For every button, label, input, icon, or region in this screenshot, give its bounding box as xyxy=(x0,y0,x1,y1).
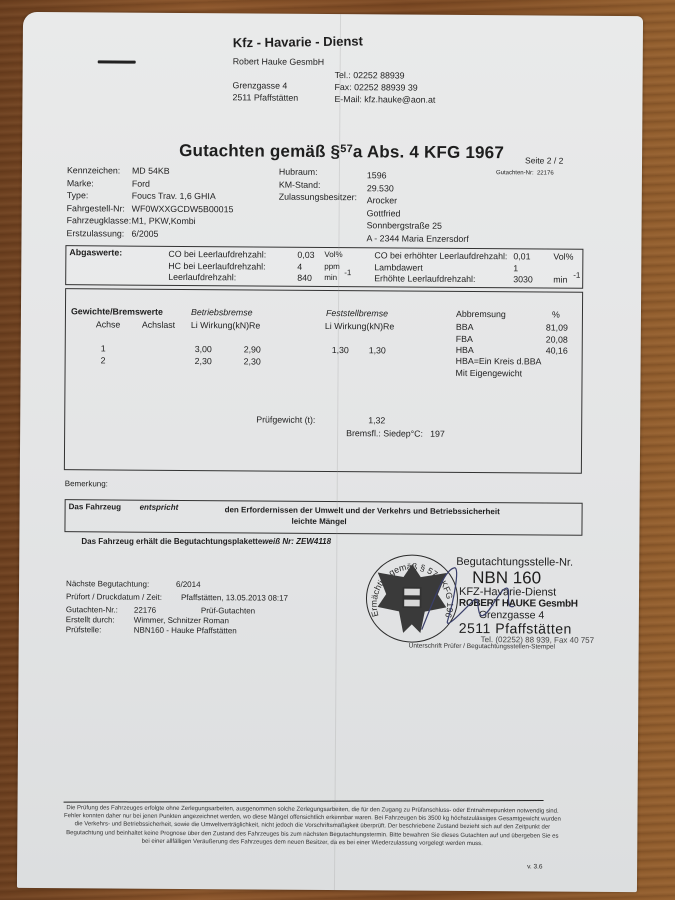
vehicle-field-value: Gottfried xyxy=(367,208,401,218)
emission-unit: min xyxy=(553,275,567,285)
vehicle-field-label: Marke: xyxy=(67,178,94,188)
emission-label: Lambdawert xyxy=(374,262,422,272)
vehicle-field-label: Fahrzeugklasse: xyxy=(67,215,132,225)
service-brake-right: 2,30 xyxy=(244,356,261,366)
emission-value: 0,01 xyxy=(513,251,530,261)
emission-value: 3030 xyxy=(513,274,533,284)
axle-number: 2 xyxy=(101,355,106,365)
service-brake-left: 2,30 xyxy=(195,356,212,366)
emission-unit: min xyxy=(324,273,337,282)
emission-label: HC bei Leerlaufdrehzahl: xyxy=(168,260,265,271)
parking-brake-heading: Feststellbremse xyxy=(326,308,388,318)
emission-value: 4 xyxy=(297,261,302,271)
vehicle-field-value: 1596 xyxy=(367,170,387,180)
parking-brake-right: 1,30 xyxy=(369,345,386,355)
service-brake-heading: Betriebsbremse xyxy=(191,307,253,317)
service-effect-heading: Li Wirkung(kN)Re xyxy=(191,320,260,330)
company-tel: Tel.: 02252 88939 xyxy=(335,70,405,80)
boiling-label: Bremsfl.: Siedep°C: xyxy=(346,428,423,439)
emission-value: 1 xyxy=(513,263,518,273)
result-defects: leichte Mängel xyxy=(291,517,346,526)
braking-value: 40,16 xyxy=(546,346,568,356)
vehicle-field-value: Arocker xyxy=(367,195,397,205)
emission-unit: Vol% xyxy=(324,250,342,259)
detail-label: Nächste Begutachtung: xyxy=(66,579,149,589)
plakette-number: weiß Nr: ZEW4118 xyxy=(262,537,331,546)
emission-unit: ppm xyxy=(324,261,340,270)
company-owner: Robert Hauke GesmbH xyxy=(233,56,325,67)
braking-name: FBA xyxy=(456,333,473,343)
vehicle-field-label: Kennzeichen: xyxy=(67,165,120,175)
test-weight-value: 1,32 xyxy=(368,415,385,425)
detail-value: Wimmer, Schnitzer Roman xyxy=(134,616,229,626)
service-brake-right: 2,90 xyxy=(244,344,261,354)
result-verdict: entspricht xyxy=(140,503,179,512)
emission-label: Erhöhte Leerlaufdrehzahl: xyxy=(374,273,475,284)
vehicle-field-label: Zulassungsbesitzer: xyxy=(279,192,357,203)
detail-label: Erstellt durch: xyxy=(66,615,115,624)
vehicle-field-value: MD 54KB xyxy=(132,166,170,176)
emission-unit-exp: -1 xyxy=(344,268,351,277)
company-fax: Fax: 02252 88939 39 xyxy=(335,82,418,93)
form-version: v. 3.6 xyxy=(527,863,542,870)
braking-name: BBA xyxy=(456,322,474,332)
boiling-value: 197 xyxy=(430,429,445,439)
page-number: Seite 2 / 2 xyxy=(525,155,563,165)
document-page: Kfz - Havarie - Dienst Robert Hauke Gesm… xyxy=(17,12,643,892)
vehicle-field-value: 6/2005 xyxy=(131,228,158,238)
vehicle-field-value: Ford xyxy=(132,178,150,188)
plakette-text: Das Fahrzeug erhält die Begutachtungspla… xyxy=(81,537,262,546)
axle-number: 1 xyxy=(101,343,106,353)
disclaimer-text: Die Prüfung des Fahrzeuges erfolgte ohne… xyxy=(62,804,562,849)
parking-brake-left: 1,30 xyxy=(332,345,349,355)
service-brake-left: 3,00 xyxy=(195,344,212,354)
vehicle-field-value: M1, PKW,Kombi xyxy=(132,216,196,226)
result-text: den Erfordernissen der Umwelt und der Ve… xyxy=(225,505,500,516)
company-name: Kfz - Havarie - Dienst xyxy=(233,33,363,50)
parking-effect-heading: Li Wirkung(kN)Re xyxy=(325,321,394,331)
company-email: E-Mail: kfz.hauke@aon.at xyxy=(334,94,435,105)
emission-label: Leerlaufdrehzahl: xyxy=(168,272,236,282)
detail-value: Pfaffstätten, 13.05.2013 08:17 xyxy=(181,593,288,603)
gutachten-nr-value: 22176 xyxy=(537,170,554,176)
gutachten-nr-label: Gutachten-Nr: xyxy=(496,170,534,176)
braking-heading: Abbremsung xyxy=(456,309,506,319)
emission-value: 840 xyxy=(297,273,312,283)
emissions-values: CO bei Leerlaufdrehzahl:0,03Vol%HC bei L… xyxy=(23,12,643,16)
vehicle-field-label: Fahrgestell-Nr: xyxy=(67,203,125,213)
detail-value: 6/2014 xyxy=(176,580,201,589)
weight-note: Mit Eigengewicht xyxy=(456,368,523,378)
detail-extra: Prüf-Gutachten xyxy=(201,606,255,615)
emission-value: 0,03 xyxy=(297,250,314,260)
gutachten-number-header: Gutachten-Nr: 22176 xyxy=(496,170,554,176)
axle-load-heading: Achslast xyxy=(142,320,175,330)
vehicle-field-value: Sonnbergstraße 25 xyxy=(367,220,442,231)
vehicle-field-label: Hubraum: xyxy=(279,167,318,177)
detail-label: Prüfstelle: xyxy=(66,625,102,634)
vehicle-field-value: Foucs Trav. 1,6 GHIA xyxy=(132,191,216,202)
vehicle-field-label: Type: xyxy=(67,190,89,200)
remark-label: Bemerkung: xyxy=(65,479,108,488)
emission-unit: Vol% xyxy=(553,252,573,262)
percent-heading: % xyxy=(552,310,560,320)
emission-label: CO bei erhöhter Leerlaufdrehzahl: xyxy=(374,250,507,261)
title-sup: 57 xyxy=(340,143,353,155)
axle-heading: Achse xyxy=(96,319,121,329)
vehicle-field-value: WF0WXXGCDW5B00015 xyxy=(132,203,234,214)
signature-icon xyxy=(414,560,535,641)
report-details: Nächste Begutachtung:6/2014Prüfort / Dru… xyxy=(23,12,643,16)
detail-value: 22176 xyxy=(134,606,156,615)
hba-note: HBA=Ein Kreis d.BBA xyxy=(456,356,542,367)
plakette-line: Das Fahrzeug erhält die Begutachtungspla… xyxy=(81,537,331,546)
vehicle-field-label: Erstzulassung: xyxy=(66,228,124,238)
company-city: 2511 Pfaffstätten xyxy=(232,92,298,102)
detail-value: NBN160 - Hauke Pfaffstätten xyxy=(134,626,237,636)
brakes-heading: Gewichte/Bremswerte xyxy=(71,306,163,317)
test-weight-label: Prüfgewicht (t): xyxy=(256,414,315,424)
footer-divider xyxy=(64,800,544,803)
page-title: Gutachten gemäß §57a Abs. 4 KFG 1967 xyxy=(179,141,504,163)
emission-label: CO bei Leerlaufdrehzahl: xyxy=(168,249,266,260)
signature-caption: Unterschrift Prüfer / Begutachtungsstell… xyxy=(409,643,555,651)
vehicle-info: Kennzeichen:MD 54KBMarke:FordType:Foucs … xyxy=(23,12,643,16)
company-street: Grenzgasse 4 xyxy=(233,80,288,90)
braking-value: 81,09 xyxy=(546,323,568,333)
brake-values: 13,002,901,301,3022,302,30BBA81,09FBA20,… xyxy=(23,12,643,16)
title-suffix: a Abs. 4 KFG 1967 xyxy=(353,142,504,162)
punch-mark xyxy=(98,60,136,63)
detail-label: Prüfort / Druckdatum / Zeit: xyxy=(66,592,162,602)
vehicle-field-label: KM-Stand: xyxy=(279,179,321,189)
emissions-heading: Abgaswerte: xyxy=(69,247,122,257)
braking-name: HBA xyxy=(456,345,474,355)
vehicle-field-value: A - 2344 Maria Enzersdorf xyxy=(366,233,468,244)
braking-value: 20,08 xyxy=(546,334,568,344)
detail-label: Gutachten-Nr.: xyxy=(66,605,118,614)
emission-unit-exp: -1 xyxy=(573,271,580,280)
title-prefix: Gutachten gemäß § xyxy=(179,141,340,161)
vehicle-field-value: 29.530 xyxy=(367,183,394,193)
result-subject: Das Fahrzeug xyxy=(69,502,122,511)
